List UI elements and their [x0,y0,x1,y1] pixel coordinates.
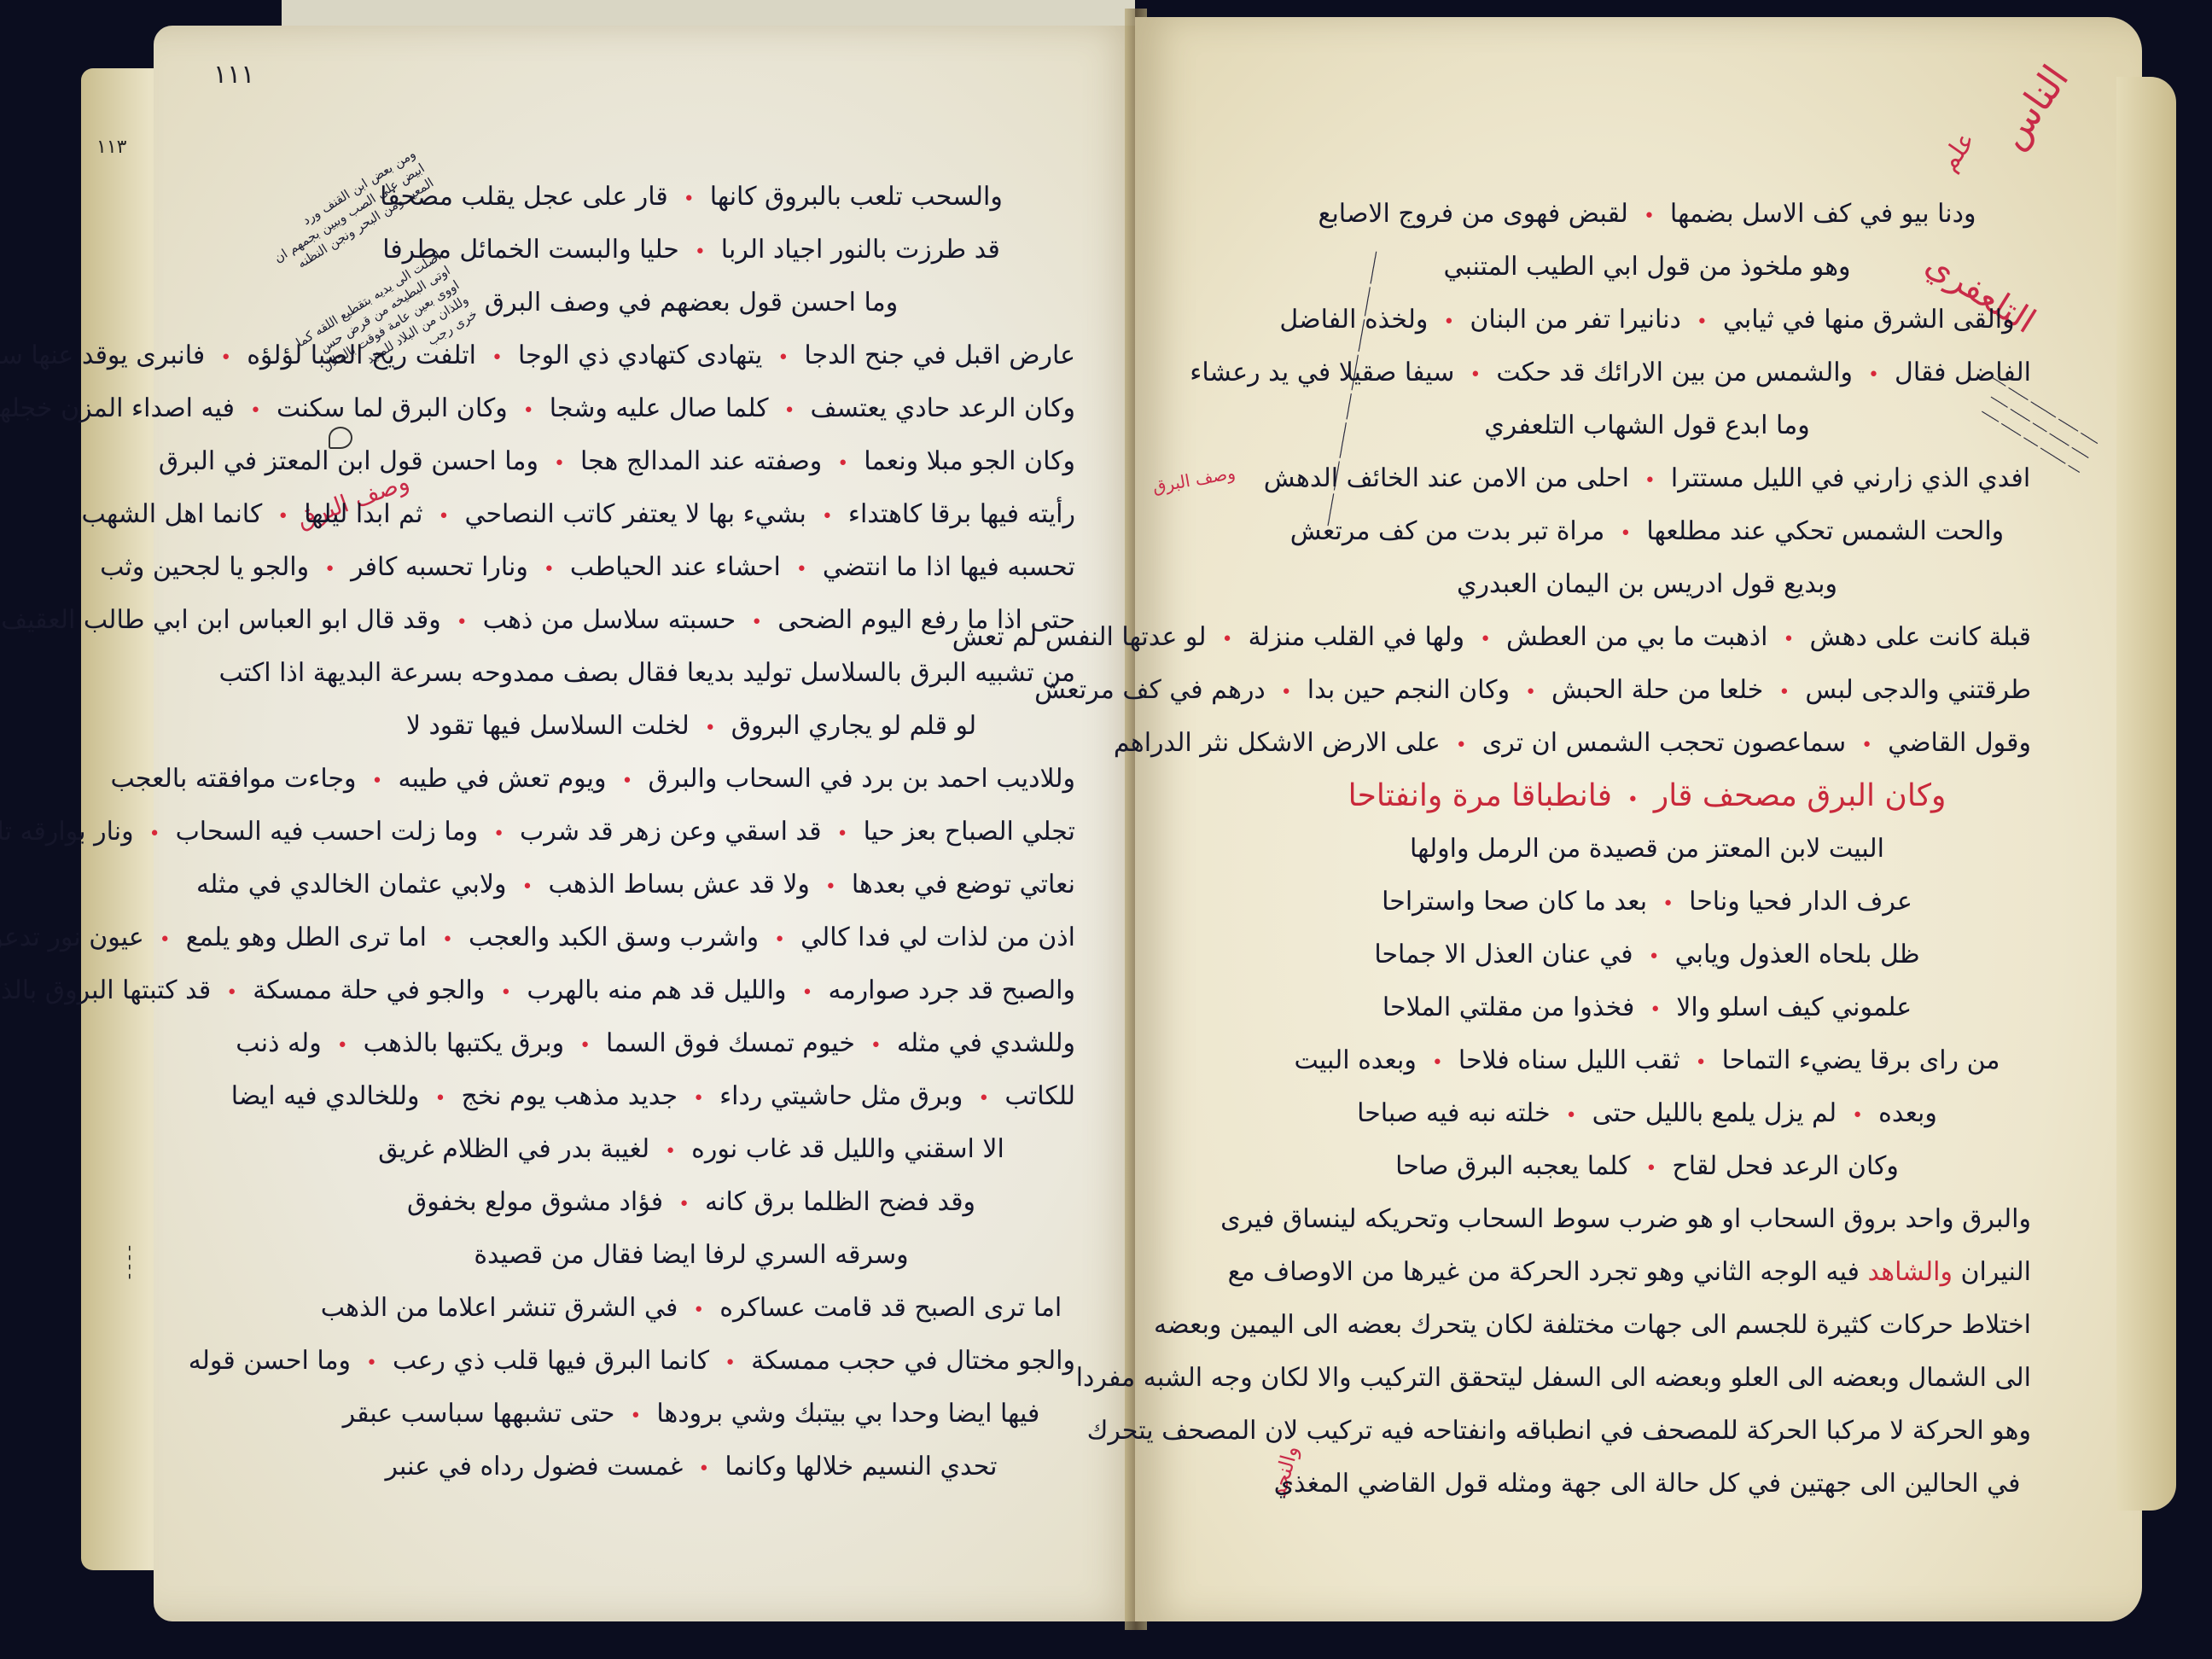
text-segment: والصبح قد جرد صوارمه [829,975,1076,1005]
text-line: تحسبه فيها اذا ما انتضي•احشاء عند الحياط… [307,541,1075,594]
verse-separator-dot: • [226,982,237,1004]
text-segment: وقول القاضي [1888,728,2031,758]
verse-separator-dot: • [1650,999,1661,1021]
verse-separator-dot: • [544,559,555,580]
text-line: والقى الشرق منها في ثيابي•دنانيرا تفر من… [1263,294,2031,346]
verse-separator-dot: • [698,1458,709,1480]
text-segment: خلته نبه فيه صباحا [1357,1098,1551,1128]
text-line: وكان الرعد حادي يعتسف•كلما صال عليه وشجا… [307,382,1075,435]
text-segment: بعد ما كان صحا واستراحا [1382,887,1647,917]
text-segment: وبعده البيت [1295,1045,1417,1075]
text-segment: نعاتي توضع في بعدها [852,870,1075,899]
verse-separator-dot: • [521,876,533,898]
text-segment: حسبته سلاسل من ذهب [483,605,736,635]
verse-separator-dot: • [1627,789,1639,811]
text-segment: علموني كيف اسلو والا [1676,992,1912,1022]
text-segment: اذهبت ما بي من العطش [1506,622,1767,652]
verse-separator-dot: • [796,559,807,580]
text-segment: والجو مختال في حجب ممسكة [751,1346,1075,1376]
text-segment: عارض اقبل في جنح الدجا [804,341,1075,370]
text-line: وكان البرق مصحف قار•فانطباقا مرة وانفتاح… [1263,770,2031,823]
text-line: طرقتني والدجى لبس•خلعا من حلة الحبش•وكان… [1263,664,2031,717]
right-page: الناس علم التلعفري وصف البرق والنجد ــــ… [1135,17,2142,1621]
text-segment: الا اسقني والليل قد غاب نوره [691,1134,1004,1164]
text-segment: اما ترى الطل وهو يلمع [186,923,427,952]
text-segment: وقد فضح الظلما برق كانه [705,1187,975,1217]
text-segment: ثم ابدا ليلها [304,499,422,529]
text-line: وكان الرعد فحل لقاح•كلما يعجبه البرق صاح… [1263,1140,2031,1193]
text-line: من راى برقا يضيء التماحا•ثقب الليل سناه … [1263,1034,2031,1087]
verse-separator-dot: • [678,1194,690,1215]
text-segment: طرقتني والدجى لبس [1805,675,2031,705]
text-segment: في عنان العذل الا جماحا [1374,940,1633,969]
left-page: ١١١ ومن بعض ابن القنف ورد ابيض على الصب … [154,26,1144,1621]
verse-separator-dot: • [493,824,504,845]
verse-separator-dot: • [523,400,534,422]
text-segment: للكاتب [1004,1081,1075,1111]
text-segment: فانطباقا مرة وانفتاحا [1348,778,1612,813]
text-segment: والشمس من بين الارائك قد حكت [1496,358,1853,387]
text-line: والسحب تلعب بالبروق كانها•قار على عجل يق… [307,171,1075,224]
right-heading-1-sub: علم [1934,126,1982,177]
text-line: وللشدي في مثله•خيوم تمسك فوق السما•وبرق … [307,1017,1075,1070]
text-segment: وصفته عند المدالج هجا [580,446,822,476]
verse-separator-dot: • [705,718,716,739]
text-segment: في الشرق تنشر اعلاما من الذهب [321,1293,678,1323]
verse-separator-dot: • [1861,735,1872,756]
text-segment: قد كتبتها البروق بالذهب [0,975,211,1005]
edge-annotation: ـ ـ ـ ـ [122,1246,143,1278]
text-segment: لم يزل يلمع بالليل حتى [1592,1098,1837,1128]
underlying-folio-number: ١١٣ [96,137,126,158]
text-line: تجلي الصباح بعز حيا•قد اسقي وعن زهر قد ش… [307,806,1075,859]
text-segment: واشرب وسق الكبد والعجب [469,923,759,952]
text-segment: خيوم تمسك فوق السما [606,1028,855,1058]
right-page-stack [2116,77,2176,1511]
verse-separator-dot: • [1644,470,1656,492]
verse-separator-dot: • [837,824,848,845]
text-segment: درهم في كف مرتعش [1034,675,1266,705]
verse-separator-dot: • [1868,364,1879,386]
verse-separator-dot: • [554,453,565,474]
text-segment: لخلت السلاسل فيها تقود لا [406,711,690,741]
verse-separator-dot: • [774,929,785,951]
verse-separator-dot: • [324,559,335,580]
text-segment: خلعا من حلة الحبش [1551,675,1763,705]
text-segment: وجاءت موافقته بالعجب [110,764,356,794]
text-line: اذن من لذات لي فدا كالي•واشرب وسق الكبد … [307,911,1075,964]
text-segment: وكان الرعد فحل لقاح [1672,1151,1898,1181]
text-line: والبرق واحد بروق السحاب او هو ضرب سوط ال… [1263,1193,2031,1246]
text-segment: في الحالين الى جهتين في كل حالة الى جهة … [1274,1469,2021,1499]
verse-separator-dot: • [693,1088,704,1109]
text-line: وقول القاضي•سماعصون تحجب الشمس ان ترى•عل… [1263,717,2031,770]
text-segment: البيت لابن المعتز من قصيدة من الرمل واول… [1410,834,1884,864]
text-segment: وهو الحركة لا مركبا الحركة للمصحف في انط… [1087,1416,2031,1446]
text-segment: لو قلم لو يجاري البروق [731,711,976,741]
text-segment: وللشدي في مثله [897,1028,1075,1058]
text-segment: وبعده [1878,1098,1937,1128]
verse-separator-dot: • [250,400,261,422]
verse-separator-dot: • [1784,629,1795,650]
text-segment: والليل قد هم منه بالهرب [527,975,786,1005]
text-segment: ولابي عثمان الخالدي في مثله [196,870,506,899]
verse-separator-dot: • [784,400,795,422]
verse-separator-dot: • [435,1088,446,1109]
text-segment: سماعصون تحجب الشمس ان ترى [1482,728,1846,758]
text-line: رأيته فيها برقا كاهتداء•بشيء بها لا يعتف… [307,488,1075,541]
text-line: والجو مختال في حجب ممسكة•كانما البرق فيه… [307,1335,1075,1388]
text-segment: كلما صال عليه وشجا [550,393,769,423]
verse-separator-dot: • [1662,894,1674,915]
verse-separator-dot: • [825,876,836,898]
text-segment: والجو في حلة ممسكة [253,975,485,1005]
verse-separator-dot: • [630,1406,641,1427]
text-segment: جديد مذهب يوم نخج [462,1081,678,1111]
text-segment: قد طرزت بالنور اجياد الربا [721,235,1000,265]
text-line: وللاديب احمد بن برد في السحاب والبرق•ويو… [307,753,1075,806]
text-segment: فخذوا من مقلتي الملاحا [1382,992,1634,1022]
text-segment: وللاديب احمد بن برد في السحاب والبرق [648,764,1075,794]
text-segment: لغيبة بدر في الظلام غريق [378,1134,649,1164]
text-segment: وللخالدي فيه ايضا [231,1081,420,1111]
text-segment: وما ابدع قول الشهاب التلعفري [1484,410,1809,440]
verse-separator-dot: • [802,982,813,1004]
verse-separator-dot: • [870,1035,882,1057]
text-segment: فيه اصداء المزن خجلها [0,393,235,423]
verse-separator-dot: • [1649,946,1660,968]
verse-separator-dot: • [725,1353,736,1374]
text-segment: والجو يا لجحين وثب [100,552,309,582]
text-segment: ثقب الليل سناه فلاحا [1458,1045,1680,1075]
text-line: وهو الحركة لا مركبا الحركة للمصحف في انط… [1263,1405,2031,1458]
verse-separator-dot: • [1443,311,1454,333]
text-segment: حتى تشبهها سباسب عبقر [343,1399,615,1429]
text-segment: مراة تبر بدت من كف مرتعش [1290,516,1605,546]
verse-separator-dot: • [160,929,171,951]
verse-separator-dot: • [1696,1052,1707,1074]
text-line: الى الشمال وبعضه الى العلو وبعضه الى الس… [1263,1352,2031,1405]
text-segment: وبديع قول ادريس بن اليمان العبدري [1457,569,1837,599]
verse-separator-dot: • [1456,735,1467,756]
text-line: الا اسقني والليل قد غاب نوره•لغيبة بدر ف… [307,1123,1075,1176]
text-segment: حليا والبست الخمائل مطرفا [382,235,679,265]
text-segment: وله ذنب [236,1028,321,1058]
verse-separator-dot: • [372,771,383,792]
text-line: قبلة كانت على دهش•اذهبت ما بي من العطش•و… [1263,611,2031,664]
verse-separator-dot: • [457,612,468,633]
verse-separator-dot: • [337,1035,348,1057]
text-segment: احلى من الامن عند الخائف الدهش [1264,463,1629,493]
verse-separator-dot: • [1432,1052,1443,1074]
text-segment: وكان البرق لما سكنت [276,393,508,423]
text-segment: ظل بلحاه العذول ويابي [1675,940,1920,969]
text-segment: وما احسن قوله [189,1346,351,1376]
text-segment: وما احسن قول ابن المعتز في البرق [159,446,538,476]
text-segment: الفاضل فقال [1895,358,2031,387]
text-line: البيت لابن المعتز من قصيدة من الرمل واول… [1263,823,2031,876]
text-segment: قار على عجل يقلب مصحفا [380,182,668,212]
text-segment: ويوم تعش في طيبه [399,764,607,794]
text-segment: والقى الشرق منها في ثيابي [1723,305,2015,335]
text-line: وبديع قول ادريس بن اليمان العبدري [1263,558,2031,611]
text-line: قد طرزت بالنور اجياد الربا•حليا والبست ا… [307,224,1075,276]
text-segment: والسحب تلعب بالبروق كانها [710,182,1003,212]
text-line: نعاتي توضع في بعدها•ولا قد عش بساط الذهب… [307,859,1075,911]
verse-separator-dot: • [1525,682,1536,703]
verse-separator-dot: • [1697,311,1708,333]
text-segment: وكان النجم حين بدا [1307,675,1510,705]
left-page-main-text: والسحب تلعب بالبروق كانها•قار على عجل يق… [307,171,1075,1493]
verse-separator-dot: • [438,506,449,527]
verse-separator-dot: • [366,1353,377,1374]
verse-separator-dot: • [220,347,231,369]
verse-separator-dot: • [665,1141,676,1162]
text-line: اختلاط حركات كثيرة للجسم الى جهات مختلفة… [1263,1299,2031,1352]
text-segment: يتهادى كتهادي ذي الوجا [518,341,762,370]
text-line: الفاضل فقال•والشمس من بين الارائك قد حكت… [1263,346,2031,399]
verse-separator-dot: • [978,1088,989,1109]
verse-separator-dot: • [751,612,762,633]
verse-separator-dot: • [1480,629,1491,650]
verse-separator-dot: • [579,1035,591,1057]
text-segment: ولا قد عش بساط الذهب [548,870,809,899]
text-segment: اذن من لذات لي فدا كالي [800,923,1075,952]
verse-separator-dot: • [1778,682,1790,703]
verse-separator-dot: • [442,929,453,951]
text-segment: كانما اهل الشهب [82,499,263,529]
text-segment: النيران والشاهد فيه الوجه الثاني وهو تجر… [1228,1257,2031,1287]
verse-separator-dot: • [622,771,633,792]
text-segment: وبرق مثل حاشيتي رداء [719,1081,963,1111]
text-segment: فيها ايضا وحدا بي بيتبك وشي برودها [656,1399,1039,1429]
text-segment: ولها في القلب منزلة [1249,622,1465,652]
text-segment: احشاء عند الحياطب [570,552,781,582]
text-line: وما احسن قول بعضهم في وصف البرق [307,276,1075,329]
text-line: علموني كيف اسلو والا•فخذوا من مقلتي المل… [1263,981,2031,1034]
verse-separator-dot: • [1852,1105,1863,1126]
verse-separator-dot: • [822,506,833,527]
right-heading-1: الناس [1990,57,2078,156]
text-line: وسرقه السري لرفا ايضا فقال من قصيدة [307,1229,1075,1282]
text-segment: ودنا بيو في كف الاسل بضمها [1670,199,1976,229]
text-segment: على الارض الاشكل نثر الدراهم [1114,728,1441,758]
text-segment: وكان البرق مصحف قار [1654,778,1946,813]
text-segment: ونار بوارقه تلتهب [0,817,134,847]
text-line: وقد فضح الظلما برق كانه•فؤاد مشوق مولع ب… [307,1176,1075,1229]
text-line: النيران والشاهد فيه الوجه الثاني وهو تجر… [1263,1246,2031,1299]
text-line: تحدي النسيم خلالها وكانما•غمست فضول رداه… [307,1441,1075,1493]
text-segment: والبرق واحد بروق السحاب او هو ضرب سوط ال… [1220,1204,2031,1234]
rubric-word: والشاهد [1868,1257,1953,1287]
text-segment: وقد قال ابو العباس ابن ابي طالب العقيف [1,605,441,635]
text-segment: وما زلت احسب فيه السحاب [176,817,479,847]
text-line: والحت الشمس تحكي عند مطلعها•مراة تبر بدت… [1263,505,2031,558]
text-segment: رأيته فيها برقا كاهتداء [848,499,1075,529]
text-segment: من راى برقا يضيء التماحا [1722,1045,2000,1075]
text-segment: كانما البرق فيها قلب ذي رعب [393,1346,709,1376]
verse-separator-dot: • [500,982,511,1004]
right-page-main-text: ودنا بيو في كف الاسل بضمها•لقبض فهوى من … [1263,188,2031,1511]
text-segment: اما ترى الصبح قد قامت عساكره [719,1293,1062,1323]
text-line: وهو ملخوذ من قول ابي الطيب المتنبي [1263,241,2031,294]
verse-separator-dot: • [1566,1105,1577,1126]
verse-separator-dot: • [1620,523,1631,544]
text-line: اما ترى الصبح قد قامت عساكره•في الشرق تن… [307,1282,1075,1335]
verse-separator-dot: • [277,506,288,527]
text-segment: وما احسن قول بعضهم في وصف البرق [485,288,898,317]
text-segment: وهو ملخوذ من قول ابي الطيب المتنبي [1443,252,1850,282]
text-segment: وكان الرعد حادي يعتسف [811,393,1075,423]
verse-separator-dot: • [695,242,706,263]
text-segment: قد اسقي وعن زهر قد شرب [520,817,822,847]
text-line: افدي الذي زارني في الليل مستترا•احلى من … [1263,452,2031,505]
verse-separator-dot: • [1281,682,1292,703]
text-segment: فؤاد مشوق مولع بخفوق [407,1187,663,1217]
right-margin-red-note: وصف البرق [1151,463,1237,498]
text-segment: بشيء بها لا يعتفر كاتب النصاحي [464,499,806,529]
text-segment: ونارا تحسبه كافر [351,552,528,582]
text-line: وبعده•لم يزل يلمع بالليل حتى•خلته نبه في… [1263,1087,2031,1140]
verse-separator-dot: • [492,347,503,369]
text-line: عرف الدار فحيا وناحا•بعد ما كان صحا واست… [1263,876,2031,928]
text-segment: قبلة كانت على دهش [1809,622,2031,652]
text-line: وما ابدع قول الشهاب التلعفري [1263,399,2031,452]
text-segment: لقبض فهوى من فروج الاصابع [1318,199,1627,229]
text-segment: غمست فضول رداه في عنبر [385,1452,683,1481]
text-segment: فانبرى يوقد عنها سرجا [0,341,205,370]
text-segment: سيفا صقيلا في يد رعشاء [1190,358,1454,387]
text-line: والصبح قد جرد صوارمه•والليل قد هم منه با… [307,964,1075,1017]
text-line: لو قلم لو يجاري البروق•لخلت السلاسل فيها… [307,700,1075,753]
text-line: ودنا بيو في كف الاسل بضمها•لقبض فهوى من … [1263,188,2031,241]
text-segment: ولخذه الفاضل [1279,305,1428,335]
verse-separator-dot: • [684,189,695,210]
text-segment: تحسبه فيها اذا ما انتضي [823,552,1075,582]
text-line: وكان الجو مبلا ونعما•وصفته عند المدالج ه… [307,435,1075,488]
text-segment: افدي الذي زارني في الليل مستترا [1671,463,2030,493]
text-line: عارض اقبل في جنح الدجا•يتهادى كتهادي ذي … [307,329,1075,382]
text-segment: تجلي الصباح بعز حيا [864,817,1075,847]
text-segment: وكان الجو مبلا ونعما [864,446,1075,476]
text-segment: تحدي النسيم خلالها وكانما [725,1452,997,1481]
verse-separator-dot: • [1470,364,1481,386]
text-line: فيها ايضا وحدا بي بيتبك وشي برودها•حتى ت… [307,1388,1075,1441]
verse-separator-dot: • [1222,629,1233,650]
text-line: للكاتب•وبرق مثل حاشيتي رداء•جديد مذهب يو… [307,1070,1075,1123]
text-line: ظل بلحاه العذول ويابي•في عنان العذل الا … [1263,928,2031,981]
left-folio-number: ١١١ [213,60,254,90]
text-segment: عرف الدار فحيا وناحا [1689,887,1912,917]
text-segment: اتلفت ريح الصبا لؤلؤه [247,341,476,370]
text-segment: لو عدتها النفس لم تعش [952,622,1207,652]
verse-separator-dot: • [693,1300,704,1321]
verse-separator-dot: • [1645,1158,1656,1179]
text-segment: وسرقه السري لرفا ايضا فقال من قصيدة [474,1240,908,1270]
verse-separator-dot: • [777,347,789,369]
text-segment: دنانيرا تفر من البنان [1470,305,1681,335]
text-segment: الى الشمال وبعضه الى العلو وبعضه الى الس… [1076,1363,2031,1393]
text-segment: وبرق يكتبها بالذهب [364,1028,564,1058]
text-segment: من تشبيه البرق بالسلاسل توليد بديعا فقال… [219,658,1076,688]
text-line: في الحالين الى جهتين في كل حالة الى جهة … [1263,1458,2031,1511]
text-segment: والحت الشمس تحكي عند مطلعها [1646,516,2004,546]
verse-separator-dot: • [837,453,848,474]
verse-separator-dot: • [1644,206,1655,227]
verse-separator-dot: • [149,824,160,845]
text-segment: اختلاط حركات كثيرة للجسم الى جهات مختلفة… [1154,1310,2031,1340]
text-segment: كلما يعجبه البرق صاحا [1395,1151,1630,1181]
text-segment: عيون نور تدعو الى الطرب [0,923,144,952]
